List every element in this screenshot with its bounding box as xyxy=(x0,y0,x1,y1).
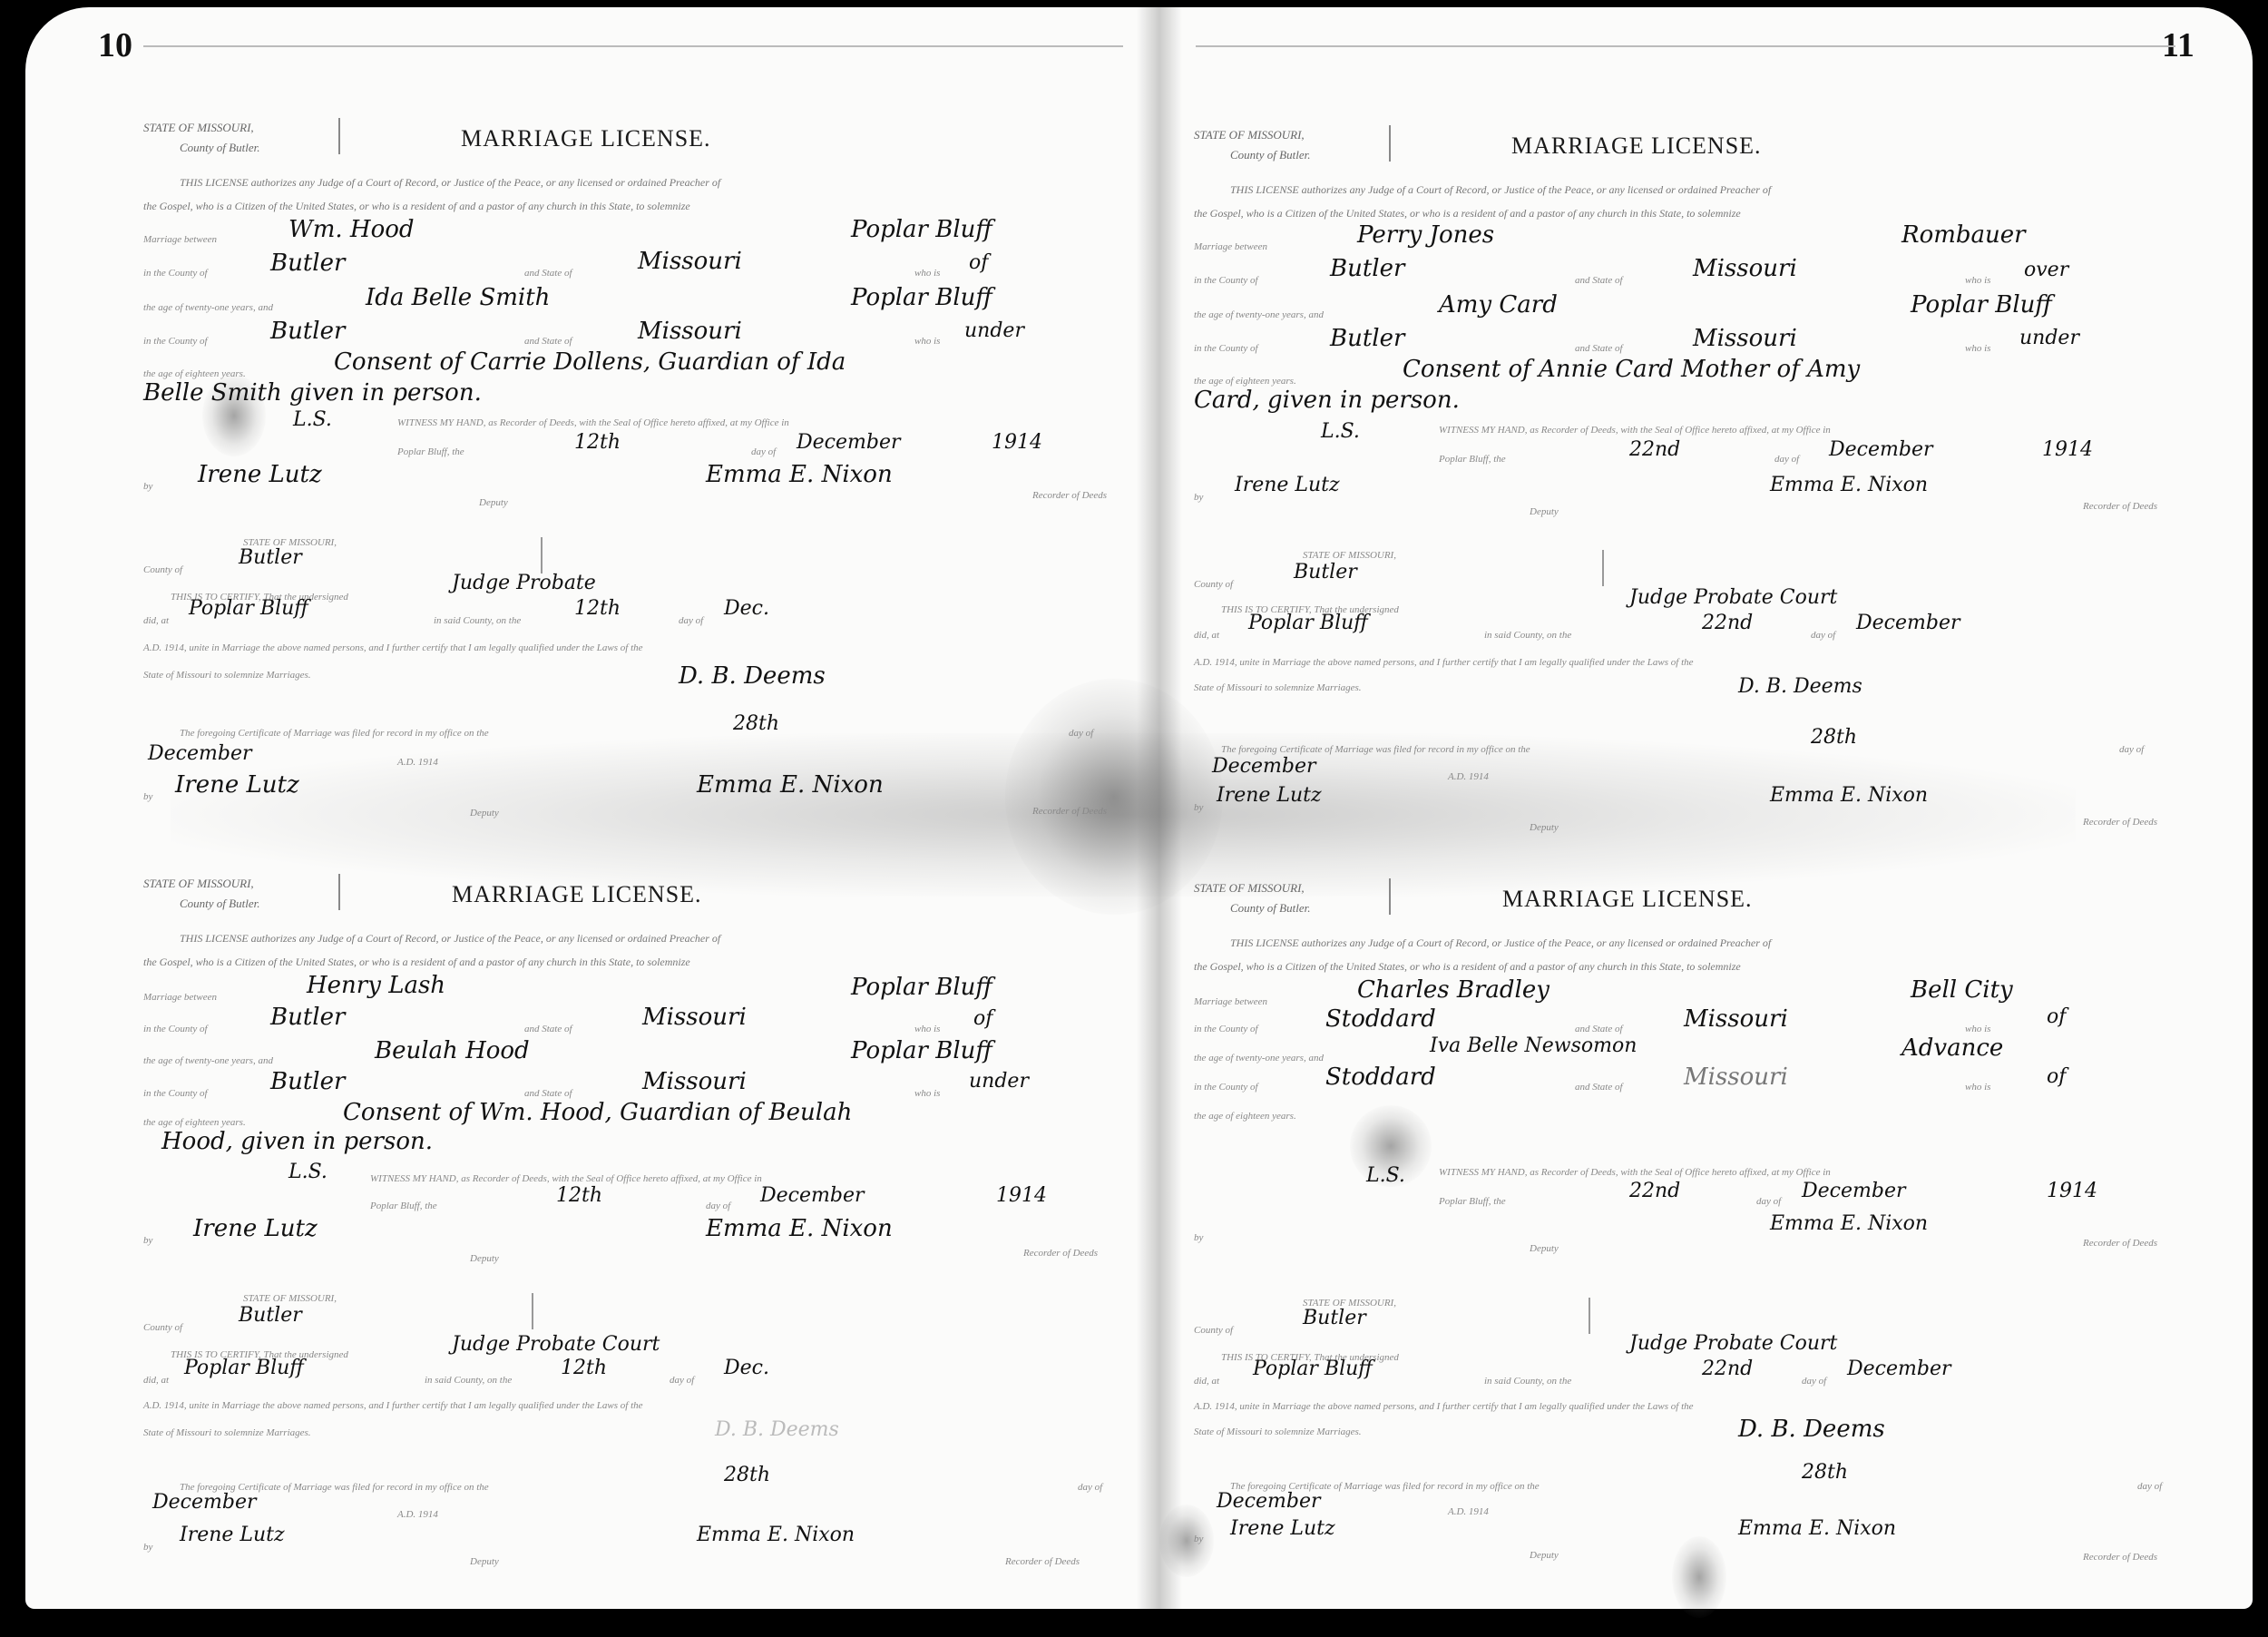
license-record: STATE OF MISSOURI, County of Butler. MAR… xyxy=(125,874,1123,1600)
wedding-month: December xyxy=(1847,1358,1950,1380)
recorder-signature: Emma E. Nixon xyxy=(706,461,893,488)
preamble: THIS LICENSE authorizes any Judge of a C… xyxy=(143,171,1123,218)
label-who-is: who is xyxy=(914,1024,940,1034)
seal-mark: L.S. xyxy=(288,1161,327,1183)
ad-clause: A.D. 1914, unite in Marriage the above n… xyxy=(1194,1401,1694,1412)
cert-county: Butler xyxy=(239,1304,302,1327)
issued-day: 22nd xyxy=(1629,1180,1680,1202)
state-clause: State of Missouri to solemnize Marriages… xyxy=(143,1427,311,1438)
preamble-line: the Gospel, who is a Citizen of the Unit… xyxy=(143,194,1123,218)
label-deputy: Deputy xyxy=(470,808,499,818)
label-said-county: in said County, on the xyxy=(1484,630,1571,641)
label-by: by xyxy=(143,481,152,492)
officiant-signature: D. B. Deems xyxy=(715,1418,839,1441)
groom-age-status: of xyxy=(2047,1005,2066,1028)
label-by: by xyxy=(1194,1534,1203,1544)
label-who-is: who is xyxy=(1965,343,1990,354)
license-title: MARRIAGE LICENSE. xyxy=(452,881,702,908)
witness-clause: WITNESS MY HAND, as Recorder of Deeds, w… xyxy=(370,1173,762,1184)
issued-month: December xyxy=(797,431,900,454)
license-title: MARRIAGE LICENSE. xyxy=(1511,132,1762,160)
label-who-is: who is xyxy=(1965,1082,1990,1093)
label-county: in the County of xyxy=(1194,275,1258,286)
label-recorder: Recorder of Deeds xyxy=(1032,806,1107,817)
label-recorder: Recorder of Deeds xyxy=(1032,490,1107,501)
label-age: the age of twenty-one years, and xyxy=(143,1055,273,1066)
state-county-block: STATE OF MISSOURI, County of Butler. xyxy=(1194,125,1310,165)
consent-line: Consent of Annie Card Mother of Amy xyxy=(1403,356,1860,383)
groom-county: Butler xyxy=(1330,255,1404,282)
label-county: in the County of xyxy=(143,336,208,347)
consent-line: Card, given in person. xyxy=(1194,387,1460,414)
foregoing-clause: The foregoing Certificate of Marriage wa… xyxy=(180,728,489,739)
cert-county: Butler xyxy=(239,546,302,569)
label-deputy: Deputy xyxy=(470,1253,499,1264)
preamble-line: the Gospel, who is a Citizen of the Unit… xyxy=(143,950,1123,974)
label-age-eighteen: the age of eighteen years. xyxy=(1194,1111,1296,1122)
label-by: by xyxy=(1194,1232,1203,1243)
officiant-title: Judge Probate xyxy=(452,572,596,594)
label-said-county: in said County, on the xyxy=(1484,1376,1571,1387)
bride-state: Missouri xyxy=(1693,325,1797,352)
label-ad: A.D. 1914 xyxy=(397,757,438,768)
groom-name: Henry Lash xyxy=(307,972,445,999)
bride-age-status: under xyxy=(964,319,1024,342)
foregoing-clause: The foregoing Certificate of Marriage wa… xyxy=(1221,744,1530,755)
label-day-of: day of xyxy=(1811,630,1835,641)
header-rule xyxy=(1196,45,2175,47)
label-by: by xyxy=(143,791,152,802)
license-title: MARRIAGE LICENSE. xyxy=(1502,886,1753,913)
state-label: STATE OF MISSOURI, xyxy=(1194,125,1310,145)
bracket xyxy=(541,537,543,573)
label-by: by xyxy=(1194,802,1203,813)
issued-day: 22nd xyxy=(1629,438,1680,461)
label-poplar-bluff: Poplar Bluff, the xyxy=(1439,1196,1506,1207)
bride-state: Missouri xyxy=(1684,1064,1788,1091)
filed-deputy-signature: Irene Lutz xyxy=(1217,784,1322,807)
seal-mark: L.S. xyxy=(1366,1164,1405,1187)
officiant-title: Judge Probate Court xyxy=(1629,1332,1837,1355)
label-recorder: Recorder of Deeds xyxy=(2083,1238,2157,1249)
witness-clause: WITNESS MY HAND, as Recorder of Deeds, w… xyxy=(397,417,789,428)
issued-year: 1914 xyxy=(2047,1180,2097,1202)
filed-recorder-signature: Emma E. Nixon xyxy=(1770,784,1928,807)
label-ad: A.D. 1914 xyxy=(1448,1506,1489,1517)
bride-age-status: under xyxy=(969,1070,1029,1093)
consent-line: Consent of Carrie Dollens, Guardian of I… xyxy=(334,348,846,376)
officiant-signature: D. B. Deems xyxy=(1738,675,1862,698)
consent-line: Belle Smith given in person. xyxy=(143,379,482,407)
label-did-at: did, at xyxy=(143,615,169,626)
label-did-at: did, at xyxy=(1194,1376,1219,1387)
seal-mark: L.S. xyxy=(1321,420,1360,443)
filed-recorder-signature: Emma E. Nixon xyxy=(697,1524,855,1546)
label-recorder: Recorder of Deeds xyxy=(2083,817,2157,828)
state-clause: State of Missouri to solemnize Marriages… xyxy=(1194,682,1362,693)
issued-month: December xyxy=(1802,1180,1905,1202)
left-page-number: 10 xyxy=(98,25,132,65)
label-day-of: day of xyxy=(2119,744,2144,755)
wedding-place: Poplar Bluff xyxy=(1253,1358,1373,1380)
bride-age-status: under xyxy=(2019,327,2079,349)
groom-state: Missouri xyxy=(638,248,742,275)
state-clause: State of Missouri to solemnize Marriages… xyxy=(143,670,311,681)
bracket xyxy=(1389,125,1391,162)
bride-county: Butler xyxy=(270,318,345,345)
bride-residence: Advance xyxy=(1901,1034,2003,1062)
preamble-line: THIS LICENSE authorizes any Judge of a C… xyxy=(143,171,1123,194)
label-by: by xyxy=(143,1542,152,1553)
issued-year: 1914 xyxy=(2042,438,2093,461)
filed-recorder-signature: Emma E. Nixon xyxy=(1738,1517,1896,1540)
cert-county: Butler xyxy=(1303,1307,1366,1329)
wedding-place: Poplar Bluff xyxy=(184,1357,304,1379)
groom-name: Perry Jones xyxy=(1357,221,1494,249)
label-poplar-bluff: Poplar Bluff, the xyxy=(1439,454,1506,465)
filed-month: December xyxy=(152,1491,256,1514)
label-marriage-between: Marriage between xyxy=(143,992,217,1003)
label-state: and State of xyxy=(1575,275,1623,286)
bride-residence: Poplar Bluff xyxy=(1911,291,2052,319)
label-did-at: did, at xyxy=(1194,630,1219,641)
seal-mark: L.S. xyxy=(293,408,332,431)
preamble: THIS LICENSE authorizes any Judge of a C… xyxy=(143,926,1123,974)
groom-county: Butler xyxy=(270,1004,345,1031)
deputy-signature: Irene Lutz xyxy=(1235,474,1340,496)
license-record: STATE OF MISSOURI, County of Butler. MAR… xyxy=(1176,878,2174,1604)
consent-line: Consent of Wm. Hood, Guardian of Beulah xyxy=(343,1099,852,1126)
label-deputy: Deputy xyxy=(1530,1243,1559,1254)
label-deputy: Deputy xyxy=(479,497,508,508)
bride-state: Missouri xyxy=(642,1068,747,1095)
filed-day: 28th xyxy=(1802,1461,1848,1484)
filed-deputy-signature: Irene Lutz xyxy=(175,771,299,799)
bride-residence: Poplar Bluff xyxy=(851,1037,992,1064)
state-county-block: STATE OF MISSOURI, County of Butler. xyxy=(143,118,259,158)
filed-month: December xyxy=(1212,755,1315,778)
label-who-is: who is xyxy=(914,268,940,279)
filed-deputy-signature: Irene Lutz xyxy=(180,1524,285,1546)
label-state: and State of xyxy=(524,1088,572,1099)
label-day-of: day of xyxy=(2137,1481,2162,1492)
filed-recorder-signature: Emma E. Nixon xyxy=(697,771,884,799)
state-county-block: STATE OF MISSOURI, County of Butler. xyxy=(143,874,259,914)
bracket xyxy=(338,874,340,910)
state-county-block: STATE OF MISSOURI, County of Butler. xyxy=(1194,878,1310,918)
preamble: THIS LICENSE authorizes any Judge of a C… xyxy=(1194,178,2174,225)
preamble-line: THIS LICENSE authorizes any Judge of a C… xyxy=(1194,178,2174,201)
bracket xyxy=(1602,550,1604,586)
label-deputy: Deputy xyxy=(1530,822,1559,833)
label-by: by xyxy=(143,1235,152,1246)
preamble-line: the Gospel, who is a Citizen of the Unit… xyxy=(1194,201,2174,225)
officiant-signature: D. B. Deems xyxy=(1738,1416,1885,1443)
officiant-title: Judge Probate Court xyxy=(452,1333,660,1356)
label-age-eighteen: the age of eighteen years. xyxy=(143,368,246,379)
bride-county: Butler xyxy=(270,1068,345,1095)
label-state: and State of xyxy=(1575,1082,1623,1093)
label-poplar-bluff: Poplar Bluff, the xyxy=(370,1201,437,1211)
ad-clause: A.D. 1914, unite in Marriage the above n… xyxy=(143,642,643,653)
preamble-line: THIS LICENSE authorizes any Judge of a C… xyxy=(143,926,1123,950)
label-deputy: Deputy xyxy=(470,1556,499,1567)
officiant-signature: D. B. Deems xyxy=(679,662,826,690)
wedding-place: Poplar Bluff xyxy=(1248,612,1368,634)
filed-deputy-signature: Irene Lutz xyxy=(1230,1517,1335,1540)
issued-month: December xyxy=(1829,438,1932,461)
groom-residence: Poplar Bluff xyxy=(851,216,992,243)
label-marriage-between: Marriage between xyxy=(1194,241,1267,252)
label-said-county: in said County, on the xyxy=(434,615,521,626)
label-recorder: Recorder of Deeds xyxy=(2083,1552,2157,1563)
wedding-month: Dec. xyxy=(724,597,769,620)
label-day-of: day of xyxy=(1078,1482,1102,1493)
label-state: and State of xyxy=(524,336,572,347)
wedding-day: 22nd xyxy=(1702,612,1753,634)
label-state: and State of xyxy=(524,1024,572,1034)
label-recorder: Recorder of Deeds xyxy=(1023,1248,1098,1259)
bracket xyxy=(532,1293,533,1329)
recorder-signature: Emma E. Nixon xyxy=(706,1215,893,1242)
county-label: County of Butler. xyxy=(143,138,259,158)
witness-clause: WITNESS MY HAND, as Recorder of Deeds, w… xyxy=(1439,425,1831,436)
license-record: STATE OF MISSOURI, County of Butler. MAR… xyxy=(125,118,1123,844)
bracket xyxy=(1589,1298,1590,1334)
label-day-of: day of xyxy=(1756,1196,1781,1207)
preamble-line: the Gospel, who is a Citizen of the Unit… xyxy=(1194,955,2174,978)
label-county: in the County of xyxy=(1194,1024,1258,1034)
state-label: STATE OF MISSOURI, xyxy=(143,118,259,138)
bracket xyxy=(1389,878,1391,915)
label-county-of: County of xyxy=(143,1322,182,1333)
issued-month: December xyxy=(760,1184,864,1207)
label-county-of: County of xyxy=(1194,1325,1233,1336)
label-who-is: who is xyxy=(1965,1024,1990,1034)
wedding-month: December xyxy=(1856,612,1960,634)
label-did-at: did, at xyxy=(143,1375,169,1386)
preamble-line: THIS LICENSE authorizes any Judge of a C… xyxy=(1194,931,2174,955)
label-recorder: Recorder of Deeds xyxy=(2083,501,2157,512)
label-age: the age of twenty-one years, and xyxy=(1194,1053,1324,1064)
label-county: in the County of xyxy=(143,1024,208,1034)
bride-residence: Poplar Bluff xyxy=(851,284,992,311)
cert-county: Butler xyxy=(1294,561,1357,583)
groom-age-status: over xyxy=(2024,259,2068,281)
label-county: in the County of xyxy=(1194,1082,1258,1093)
label-ad: A.D. 1914 xyxy=(1448,771,1489,782)
bracket xyxy=(338,118,340,154)
label-marriage-between: Marriage between xyxy=(143,234,217,245)
filed-month: December xyxy=(148,742,251,765)
label-recorder: Recorder of Deeds xyxy=(1005,1556,1080,1567)
label-day-of: day of xyxy=(1802,1376,1826,1387)
label-state: and State of xyxy=(524,268,572,279)
wedding-day: 12th xyxy=(574,597,621,620)
bride-age-status: of xyxy=(2047,1065,2066,1088)
wedding-day: 12th xyxy=(561,1357,607,1379)
label-deputy: Deputy xyxy=(1530,1550,1559,1561)
deputy-signature: Irene Lutz xyxy=(193,1215,318,1242)
label-state: and State of xyxy=(1575,343,1623,354)
wedding-place: Poplar Bluff xyxy=(189,597,308,620)
groom-state: Missouri xyxy=(1693,255,1797,282)
label-age: the age of twenty-one years, and xyxy=(1194,309,1324,320)
label-by: by xyxy=(1194,492,1203,503)
label-age-eighteen: the age of eighteen years. xyxy=(1194,376,1296,387)
label-day-of: day of xyxy=(1069,728,1093,739)
license-record: STATE OF MISSOURI, County of Butler. MAR… xyxy=(1176,125,2174,851)
label-ad: A.D. 1914 xyxy=(397,1509,438,1520)
bride-name: Amy Card xyxy=(1439,291,1558,319)
label-marriage-between: Marriage between xyxy=(1194,996,1267,1007)
bride-name: Iva Belle Newsomon xyxy=(1430,1034,1637,1057)
groom-county: Stoddard xyxy=(1325,1005,1436,1033)
label-day-of: day of xyxy=(751,446,776,457)
state-label: STATE OF MISSOURI, xyxy=(143,874,259,894)
recorder-signature: Emma E. Nixon xyxy=(1770,474,1928,496)
cert-state-label: STATE OF MISSOURI, xyxy=(243,1293,337,1304)
filed-day: 28th xyxy=(733,712,779,735)
label-who-is: who is xyxy=(914,336,940,347)
bride-state: Missouri xyxy=(638,318,742,345)
recorder-signature: Emma E. Nixon xyxy=(1770,1212,1928,1235)
wedding-day: 22nd xyxy=(1702,1358,1753,1380)
label-day-of: day of xyxy=(706,1201,730,1211)
bride-name: Beulah Hood xyxy=(375,1037,530,1064)
county-label: County of Butler. xyxy=(143,894,259,914)
label-state: and State of xyxy=(1575,1024,1623,1034)
bride-county: Stoddard xyxy=(1325,1064,1436,1091)
groom-state: Missouri xyxy=(1684,1005,1788,1033)
label-county: in the County of xyxy=(1194,343,1258,354)
label-age-eighteen: the age of eighteen years. xyxy=(143,1117,246,1128)
label-who-is: who is xyxy=(914,1088,940,1099)
bride-county: Butler xyxy=(1330,325,1404,352)
deputy-signature: Irene Lutz xyxy=(198,461,322,488)
label-county: in the County of xyxy=(143,1088,208,1099)
label-age: the age of twenty-one years, and xyxy=(143,302,273,313)
issued-year: 1914 xyxy=(996,1184,1047,1207)
groom-residence: Rombauer xyxy=(1901,221,2026,249)
preamble: THIS LICENSE authorizes any Judge of a C… xyxy=(1194,931,2174,978)
label-poplar-bluff: Poplar Bluff, the xyxy=(397,446,464,457)
groom-age-status: of xyxy=(969,251,988,274)
label-deputy: Deputy xyxy=(1530,506,1559,517)
label-day-of: day of xyxy=(679,615,703,626)
issued-day: 12th xyxy=(556,1184,602,1207)
groom-age-status: of xyxy=(973,1007,992,1030)
filed-month: December xyxy=(1217,1490,1320,1513)
label-day-of: day of xyxy=(1774,454,1799,465)
state-clause: State of Missouri to solemnize Marriages… xyxy=(1194,1426,1362,1437)
county-label: County of Butler. xyxy=(1194,145,1310,165)
label-said-county: in said County, on the xyxy=(425,1375,512,1386)
groom-residence: Poplar Bluff xyxy=(851,974,992,1001)
witness-clause: WITNESS MY HAND, as Recorder of Deeds, w… xyxy=(1439,1167,1831,1178)
groom-name: Charles Bradley xyxy=(1357,976,1549,1004)
label-county-of: County of xyxy=(1194,579,1233,590)
ad-clause: A.D. 1914, unite in Marriage the above n… xyxy=(143,1400,643,1411)
groom-state: Missouri xyxy=(642,1004,747,1031)
bride-name: Ida Belle Smith xyxy=(366,284,550,311)
label-day-of: day of xyxy=(670,1375,694,1386)
groom-residence: Bell City xyxy=(1911,976,2013,1004)
wedding-month: Dec. xyxy=(724,1357,769,1379)
header-rule xyxy=(143,45,1123,47)
county-label: County of Butler. xyxy=(1194,898,1310,918)
filed-day: 28th xyxy=(1811,726,1857,749)
groom-county: Butler xyxy=(270,250,345,277)
issued-year: 1914 xyxy=(992,431,1042,454)
label-who-is: who is xyxy=(1965,275,1990,286)
consent-line: Hood, given in person. xyxy=(161,1128,433,1155)
license-title: MARRIAGE LICENSE. xyxy=(461,125,711,152)
issued-day: 12th xyxy=(574,431,621,454)
filed-day: 28th xyxy=(724,1464,770,1486)
label-county-of: County of xyxy=(143,564,182,575)
groom-name: Wm. Hood xyxy=(288,216,415,243)
register-book: 10 11 STATE OF MISSOURI, County of Butle… xyxy=(25,7,2253,1609)
ad-clause: A.D. 1914, unite in Marriage the above n… xyxy=(1194,657,1694,668)
officiant-title: Judge Probate Court xyxy=(1629,586,1837,609)
state-label: STATE OF MISSOURI, xyxy=(1194,878,1310,898)
label-county: in the County of xyxy=(143,268,208,279)
cert-state-label: STATE OF MISSOURI, xyxy=(1303,550,1396,561)
